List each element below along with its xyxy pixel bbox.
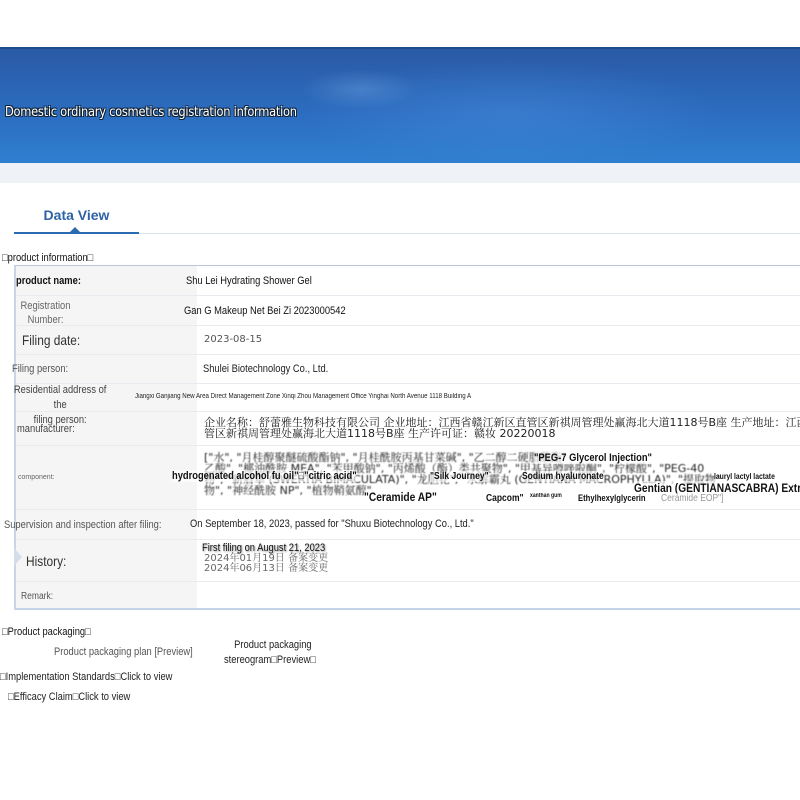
- manufacturer-label: manufacturer:: [17, 412, 75, 445]
- banner-divider: [0, 163, 800, 183]
- product-info-table: product name: Shu Lei Hydrating Shower G…: [14, 265, 800, 610]
- product-information-heading: □product information□: [2, 252, 93, 264]
- active-tab-caret-icon: [70, 227, 80, 232]
- component-overlay: hydrogenated alcohol fu oil"□"citric aci…: [172, 470, 357, 482]
- registration-label-line1: Registration: [20, 299, 71, 313]
- stereogram-line1: Product packaging: [230, 638, 316, 653]
- component-overlay: xanthan gum: [530, 493, 562, 499]
- component-overlay: lauryl lactyl lactate: [714, 472, 775, 481]
- row-product-name: product name: Shu Lei Hydrating Shower G…: [16, 266, 800, 296]
- registration-number-label: Registration Number:: [20, 299, 71, 327]
- component-overlay: Ethylhexylglycerin: [578, 493, 646, 503]
- row-component: component: ["水", "月桂醇聚醚硫酸酯钠", "月桂酰胺丙基甘菜碱…: [16, 446, 800, 510]
- row-filing-person: Filing person: Shulei Biotechnology Co.,…: [16, 355, 800, 384]
- row-registration-number: Registration Number: Gan G Makeup Net Be…: [16, 296, 800, 326]
- supervision-value: On September 18, 2023, passed for "Shuxu…: [190, 518, 474, 530]
- tab-data-view[interactable]: Data View: [14, 200, 139, 234]
- packaging-stereogram-preview-link[interactable]: Product packaging stereogram□Preview□: [224, 638, 316, 668]
- tab-bar: Data View: [14, 200, 800, 234]
- history-entries: First filing on August 21, 2023 2024年01月…: [202, 542, 347, 574]
- component-overlay: "PEG-7 Glycerol Injection": [534, 452, 652, 464]
- row-supervision: Supervision and inspection after filing:…: [16, 510, 800, 540]
- filing-date-label: Filing date:: [22, 326, 80, 354]
- product-name-value: Shu Lei Hydrating Shower Gel: [186, 275, 312, 287]
- manufacturer-value: 企业名称：舒蕾雅生物科技有限公司 企业地址：江西省赣江新区直管区新祺周管理处赢海…: [204, 417, 800, 439]
- filing-person-label: Filing person:: [12, 355, 68, 383]
- header-banner: Domestic ordinary cosmetics registration…: [0, 47, 800, 163]
- product-name-label: product name:: [16, 266, 81, 295]
- manufacturer-line2: 管区新祺周管理处赢海北大道1118号B座 生产许可证：赣妆 20220018: [204, 428, 800, 439]
- component-overlay: Sodium hyaluronate: [522, 471, 604, 482]
- row-filing-date: Filing date: 2023-08-15: [16, 326, 800, 355]
- registration-number-value: Gan G Makeup Net Bei Zi 2023000542: [184, 305, 346, 317]
- component-overlay: Ceramide EOP"]: [661, 493, 724, 504]
- product-packaging-heading: □Product packaging□: [2, 626, 91, 638]
- page-title: Domestic ordinary cosmetics registration…: [5, 105, 297, 120]
- residential-address-value: Jiangxi Ganjiang New Area Direct Managem…: [135, 393, 471, 400]
- efficacy-claim-link[interactable]: □Efficacy Claim□Click to view: [8, 691, 130, 703]
- top-whitespace: [0, 0, 800, 47]
- history-marker-icon: [14, 548, 22, 566]
- history-label: History:: [26, 540, 66, 581]
- component-overlay: "Ceramide AP": [364, 490, 437, 504]
- tab-data-view-label: Data View: [44, 207, 110, 223]
- component-overlay: Capcom": [486, 493, 524, 504]
- residential-label-line1: Residential address of the: [10, 383, 110, 413]
- filing-date-value: 2023-08-15: [204, 334, 262, 345]
- row-history: History: First filing on August 21, 2023…: [16, 540, 800, 582]
- stereogram-line2: stereogram□Preview□: [224, 653, 316, 668]
- component-overlay: "Silk Journey": [430, 471, 489, 482]
- component-label: component:: [18, 446, 55, 509]
- filing-person-value: Shulei Biotechnology Co., Ltd.: [203, 363, 328, 375]
- supervision-label: Supervision and inspection after filing:: [4, 510, 161, 539]
- remark-label: Remark:: [21, 582, 53, 610]
- packaging-plan-preview-link[interactable]: Product packaging plan [Preview]: [54, 646, 193, 658]
- row-remark: Remark:: [16, 582, 800, 610]
- history-entry: 2024年06月13日 备案变更: [204, 564, 347, 574]
- row-manufacturer: manufacturer: 企业名称：舒蕾雅生物科技有限公司 企业地址：江西省赣…: [16, 412, 800, 446]
- registration-label-line2: Number:: [20, 313, 71, 327]
- implementation-standards-link[interactable]: □Implementation Standards□Click to view: [0, 671, 172, 683]
- row-residential-address: Residential address of the filing person…: [16, 384, 800, 412]
